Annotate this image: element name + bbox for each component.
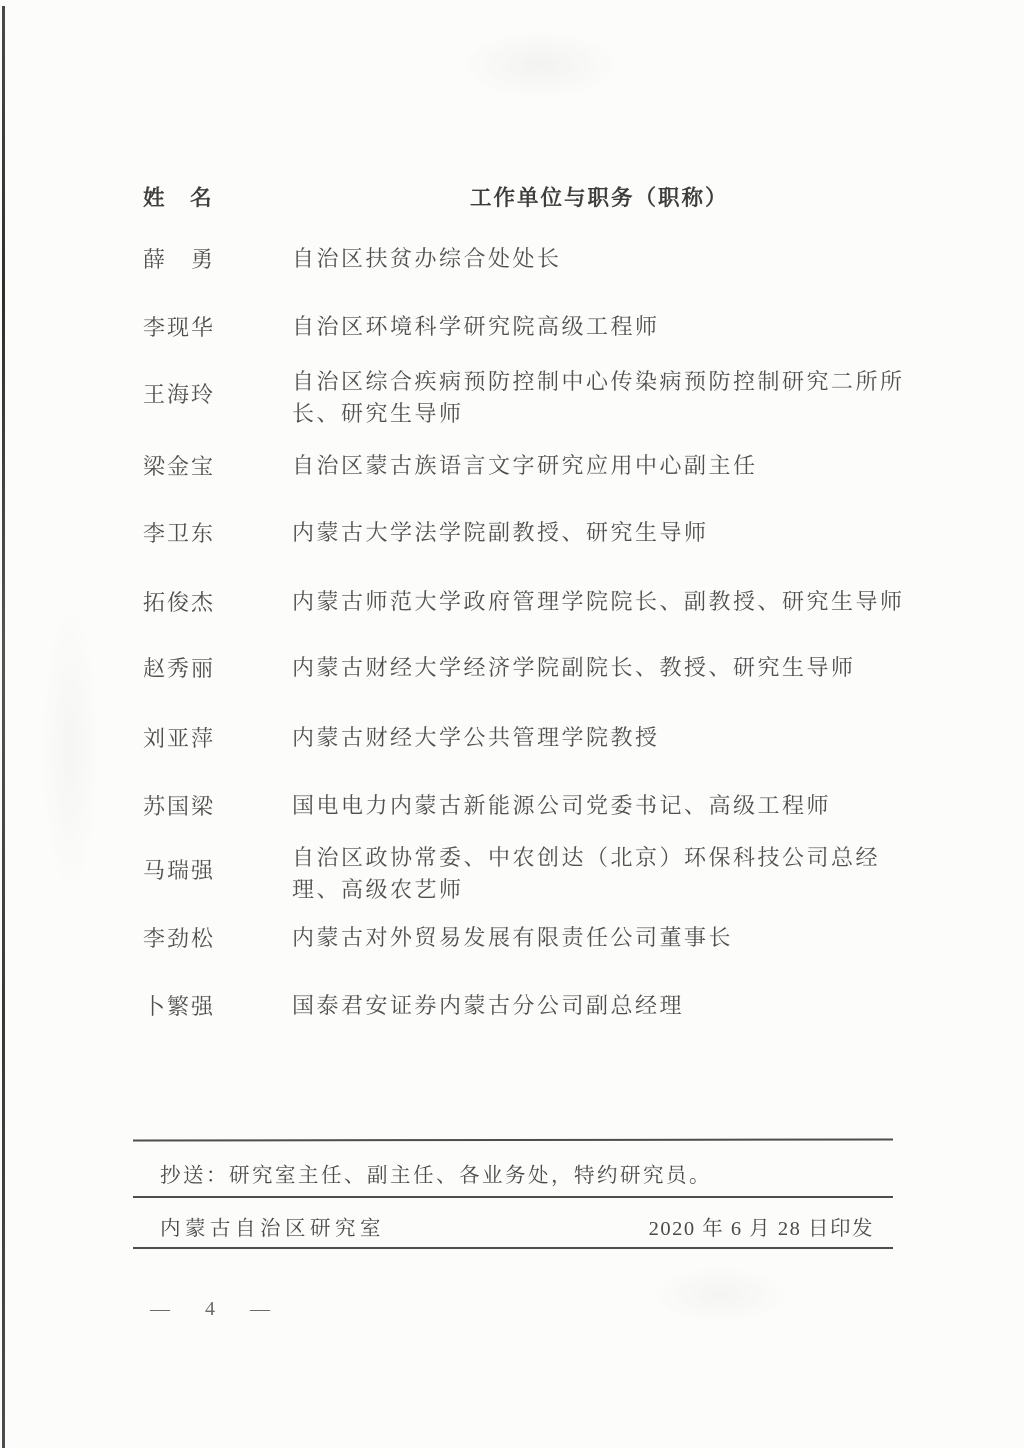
person-position: 内蒙古对外贸易发展有限责任公司董事长 — [292, 922, 914, 954]
person-position: 内蒙古师范大学政府管理学院院长、副教授、研究生导师 — [292, 586, 914, 618]
person-name: 卜繁强 — [143, 990, 215, 1021]
person-name: 李劲松 — [143, 922, 215, 953]
column-header-position: 工作单位与职务（职称） — [470, 181, 729, 212]
person-position: 自治区环境科学研究院高级工程师 — [292, 311, 914, 343]
person-name: 梁金宝 — [143, 450, 215, 481]
person-name: 马瑞强 — [143, 854, 215, 885]
person-position: 自治区综合疾病预防控制中心传染病预防控制研究二所所 长、研究生导师 — [292, 366, 914, 429]
person-position: 自治区政协常委、中农创达（北京）环保科技公司总经 理、高级农艺师 — [292, 842, 914, 905]
person-position: 内蒙古财经大学经济学院副院长、教授、研究生导师 — [292, 652, 914, 684]
issuing-office: 内蒙古自治区研究室 — [160, 1211, 385, 1241]
page-number: — 4 — — [150, 1298, 272, 1321]
person-position: 内蒙古大学法学院副教授、研究生导师 — [292, 517, 914, 549]
footer-rule-top — [133, 1138, 893, 1141]
person-name: 薛 勇 — [143, 243, 215, 274]
person-position: 自治区扶贫办综合处处长 — [292, 243, 914, 275]
cc-line: 抄送：研究室主任、副主任、各业务处，特约研究员。 — [160, 1158, 712, 1188]
person-position: 内蒙古财经大学公共管理学院教授 — [292, 722, 914, 754]
person-name: 李卫东 — [143, 517, 215, 548]
person-name: 赵秀丽 — [143, 652, 215, 683]
scanned-document-page: { "table": { "header": { "name": "姓 名", … — [0, 0, 1024, 1448]
print-date: 2020 年 6 月 28 日印发 — [649, 1211, 874, 1241]
person-name: 李现华 — [143, 311, 215, 342]
person-position: 国电电力内蒙古新能源公司党委书记、高级工程师 — [292, 790, 914, 822]
scan-smudge — [650, 1265, 790, 1325]
scan-edge-line — [2, 6, 5, 1448]
person-name: 苏国梁 — [143, 790, 215, 821]
person-position: 国泰君安证券内蒙古分公司副总经理 — [292, 990, 914, 1022]
person-name: 拓俊杰 — [143, 586, 215, 617]
footer-rule-bottom — [133, 1247, 893, 1249]
person-name: 王海玲 — [143, 378, 215, 409]
person-position: 自治区蒙古族语言文字研究应用中心副主任 — [292, 450, 914, 482]
scan-smudge — [40, 600, 100, 900]
column-header-name: 姓 名 — [143, 181, 214, 212]
person-name: 刘亚萍 — [143, 722, 215, 753]
scan-smudge — [460, 30, 620, 100]
footer-rule-middle — [133, 1196, 893, 1198]
